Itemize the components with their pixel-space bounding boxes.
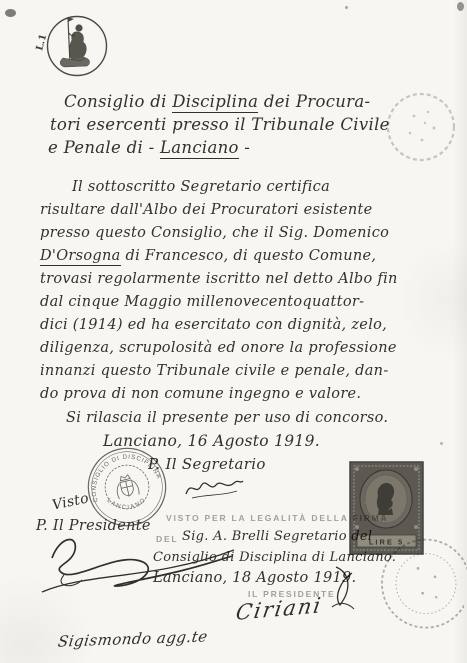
title-line-1: Consiglio di Disciplina dei Procura- — [64, 92, 370, 111]
body-line: dal cinque Maggio millenovecentoquattor- — [40, 294, 364, 310]
legalization-line: Sig. A. Brelli Segretario del — [182, 529, 372, 544]
legality-stamp-line2: DEL — [156, 534, 178, 544]
scan-artifact — [457, 2, 464, 11]
underlined-word: Lanciano — [160, 138, 239, 159]
embossed-seal-stamp: L.1 — [28, 5, 122, 91]
body-line: innanzi questo Tribunale civile e penale… — [40, 363, 389, 379]
body-line: Il sottoscritto Segretario certifica — [72, 179, 330, 195]
title-text: - — [239, 138, 250, 157]
seated-figure-icon — [60, 17, 89, 67]
body-text: di Francesco, di questo Comune, — [121, 248, 377, 264]
scan-artifact — [440, 442, 443, 445]
body-line: risultare dall'Albo dei Procuratori esis… — [40, 202, 373, 218]
bottom-note-signature: Sigismondo agg.te — [57, 627, 209, 650]
scan-artifact — [345, 6, 348, 9]
scan-artifact — [5, 9, 16, 17]
underlined-word: Disciplina — [172, 92, 258, 113]
visto-annotation: Visto — [51, 490, 91, 513]
pen-flourish — [326, 563, 358, 611]
body-line: do prova di non comune ingegno e valore. — [40, 386, 361, 402]
coat-of-arms-icon — [114, 473, 140, 499]
title-text: e Penale di - — [48, 138, 160, 157]
body-line: diligenza, scrupolosità ed onore la prof… — [40, 340, 397, 356]
faded-round-stamp-top — [384, 88, 460, 168]
title-text: Consiglio di — [64, 92, 172, 111]
body-line: trovasi regolarmente iscritto nel detto … — [40, 271, 398, 287]
council-stamp-bottom-text: LANCIANO — [105, 490, 149, 516]
release-line: Si rilascia il presente per uso di conco… — [66, 410, 388, 426]
title-line-2: tori esercenti presso il Tribunale Civil… — [50, 115, 390, 134]
body-line: presso questo Consiglio, che il Sig. Dom… — [40, 225, 389, 241]
document-page: L.1 Consiglio di Disciplina dei Procura-… — [0, 0, 467, 663]
title-text: dei Procura- — [258, 92, 370, 111]
underlined-name: D'Orsogna — [40, 248, 121, 266]
secretary-signature — [182, 474, 246, 502]
king-portrait-icon — [377, 483, 394, 515]
faded-round-stamp-bottom — [369, 527, 467, 639]
body-line: D'Orsogna di Francesco, di questo Comune… — [40, 248, 376, 264]
title-line-3: e Penale di - Lanciano - — [48, 138, 250, 157]
body-line: dici (1914) ed ha esercitato con dignità… — [40, 317, 387, 333]
